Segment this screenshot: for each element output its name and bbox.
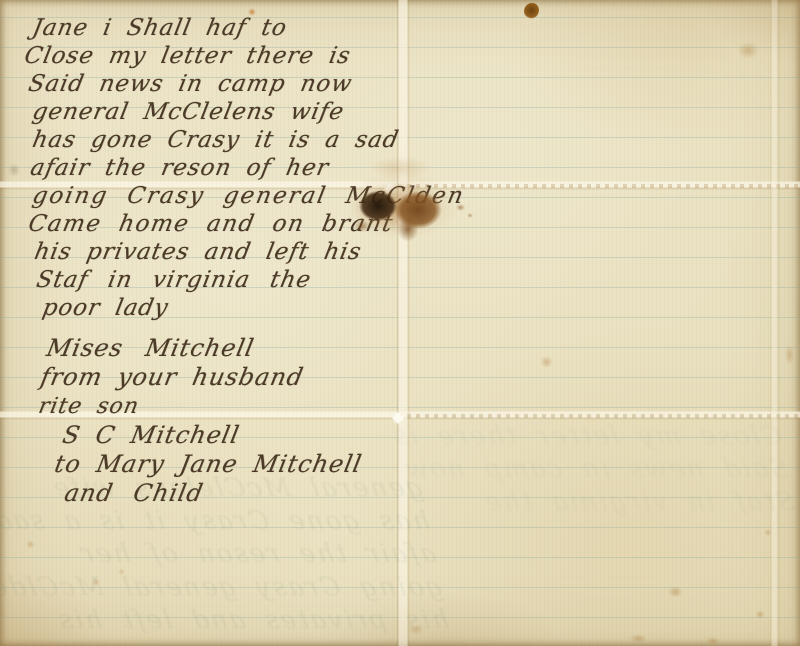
stain-spot <box>8 163 20 177</box>
stain-spot <box>540 356 553 368</box>
letter-line: and Child <box>0 479 486 508</box>
letter-line: Jane i Shall haf to <box>0 14 485 42</box>
stain-spot <box>755 610 765 619</box>
letter-line: Said news in camp now <box>0 70 485 98</box>
letter-line: Close my letter there is <box>0 42 485 70</box>
stain-spot <box>467 213 473 218</box>
ink-stain <box>350 174 490 250</box>
letter-line: poor lady <box>0 294 485 322</box>
letter-line: from your husband <box>0 363 486 392</box>
letter-closing: Mises Mitchell from your husband rite so… <box>0 334 480 508</box>
stain-spot <box>785 345 794 365</box>
letter-line: general McClelens wife <box>0 98 485 126</box>
stain-spot <box>668 586 683 598</box>
signature-line: S C Mitchell <box>0 421 486 450</box>
stain-spot <box>764 529 772 536</box>
right-edge-crease <box>770 0 782 646</box>
stain-spot <box>92 578 100 586</box>
letter-line: Staf in virginia the <box>0 266 485 294</box>
stain-spot <box>26 540 35 549</box>
stain-spot <box>737 42 759 59</box>
stain-spot <box>456 204 465 211</box>
stain-spot <box>118 568 125 575</box>
letter-line: rite son <box>0 392 486 421</box>
stain-spot <box>630 634 647 643</box>
letter-line: has gone Crasy it is a sad <box>0 126 485 154</box>
stain-spot <box>248 8 256 16</box>
letter-line: Mises Mitchell <box>0 334 486 363</box>
stain-spot <box>408 624 424 635</box>
stain-spot <box>706 637 720 645</box>
stain-smudge <box>368 156 432 180</box>
letter-page: general McClelens wife has gone Crasy it… <box>0 0 800 646</box>
letter-line: to Mary Jane Mitchell <box>0 450 486 479</box>
